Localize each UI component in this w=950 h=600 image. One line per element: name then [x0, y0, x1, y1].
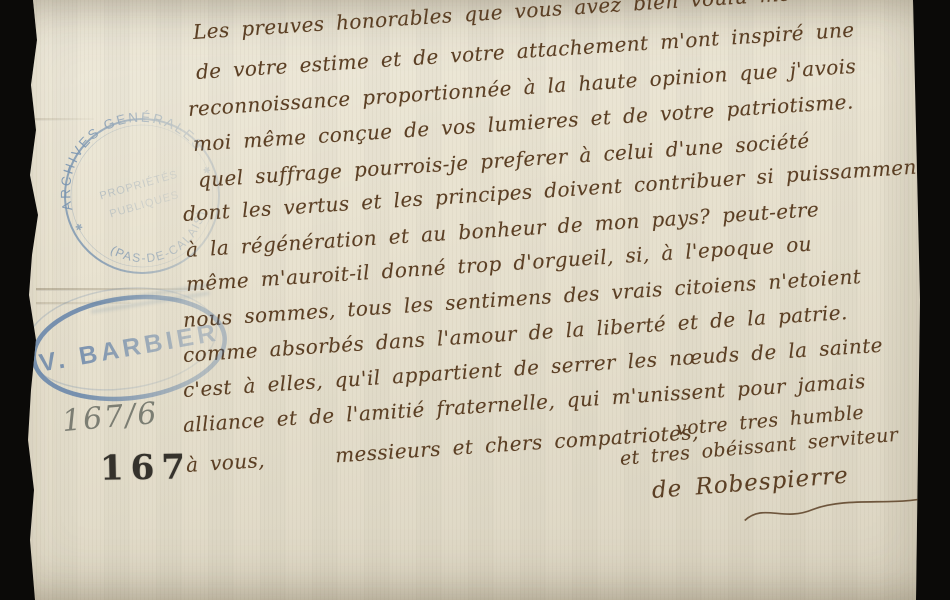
stamp-separator-icon: ✱ — [202, 165, 213, 177]
manuscript-paper-sheet: Les preuves honorables que vous avez bie… — [0, 0, 950, 600]
stamp-separator-icon: ✱ — [74, 222, 85, 234]
folio-number-stamp: 167 — [100, 447, 193, 489]
barbier-stamp-text: V. BARBIER — [37, 318, 221, 377]
pencil-reference-number: 167/6 — [61, 396, 160, 439]
paper-crease — [34, 118, 94, 121]
photograph-of-manuscript: { "letter": { "lines": [ "Les preuves ho… — [0, 0, 950, 600]
